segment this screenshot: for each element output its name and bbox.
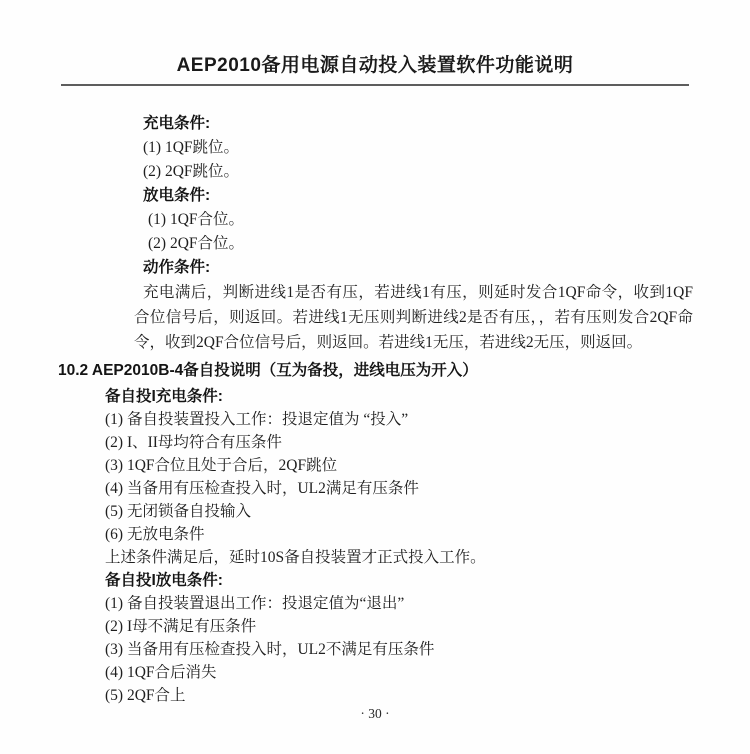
autoswitch-charge-heading: 备自投I充电条件:	[105, 385, 695, 408]
autoswitch-discharge-item: (1) 备自投装置退出工作：投退定值为“退出”	[105, 592, 695, 615]
autoswitch-discharge-item: (3) 当备用有压检查投入时，UL2不满足有压条件	[105, 638, 695, 661]
autoswitch-charge-item: (6) 无放电条件	[105, 523, 695, 546]
document-page: AEP2010备用电源自动投入装置软件功能说明 充电条件: (1) 1QF跳位。…	[0, 0, 750, 754]
autoswitch-discharge-item: (5) 2QF合上	[105, 684, 695, 707]
autoswitch-charge-item: (3) 1QF合位且处于合后，2QF跳位	[105, 454, 695, 477]
charge-condition-heading: 充电条件:	[143, 112, 693, 136]
autoswitch-discharge-item: (4) 1QF合后消失	[105, 661, 695, 684]
action-condition-heading: 动作条件:	[143, 256, 693, 280]
page-number: · 30 ·	[0, 706, 750, 722]
autoswitch-discharge-heading: 备自投I放电条件:	[105, 569, 695, 592]
autoswitch-charge-item: (5) 无闭锁备自投输入	[105, 500, 695, 523]
section-10-2-heading: 10.2 AEP2010B-4备自投说明（互为备投，进线电压为开入）	[58, 359, 710, 383]
discharge-condition-item: (1) 1QF合位。	[143, 208, 693, 232]
section-10-2-body: 备自投I充电条件: (1) 备自投装置投入工作：投退定值为 “投入” (2) I…	[105, 385, 695, 707]
charge-condition-item: (1) 1QF跳位。	[143, 136, 693, 160]
autoswitch-charge-note: 上述条件满足后，延时10S备自投装置才正式投入工作。	[105, 546, 695, 569]
autoswitch-discharge-item: (2) I母不满足有压条件	[105, 615, 695, 638]
autoswitch-charge-item: (2) I、II母均符合有压条件	[105, 431, 695, 454]
autoswitch-charge-item: (4) 当备用有压检查投入时，UL2满足有压条件	[105, 477, 695, 500]
charge-condition-item: (2) 2QF跳位。	[143, 160, 693, 184]
action-condition-paragraph: 充电满后，判断进线1是否有压，若进线1有压，则延时发合1QF命令，收到1QF合位…	[134, 280, 693, 355]
autoswitch-charge-item: (1) 备自投装置投入工作：投退定值为 “投入”	[105, 408, 695, 431]
discharge-condition-item: (2) 2QF合位。	[143, 232, 693, 256]
section-charging: 充电条件: (1) 1QF跳位。 (2) 2QF跳位。 放电条件: (1) 1Q…	[143, 112, 693, 355]
header-rule	[61, 84, 689, 86]
discharge-condition-heading: 放电条件:	[143, 184, 693, 208]
page-title: AEP2010备用电源自动投入装置软件功能说明	[0, 50, 750, 77]
page-header: AEP2010备用电源自动投入装置软件功能说明	[0, 0, 750, 86]
